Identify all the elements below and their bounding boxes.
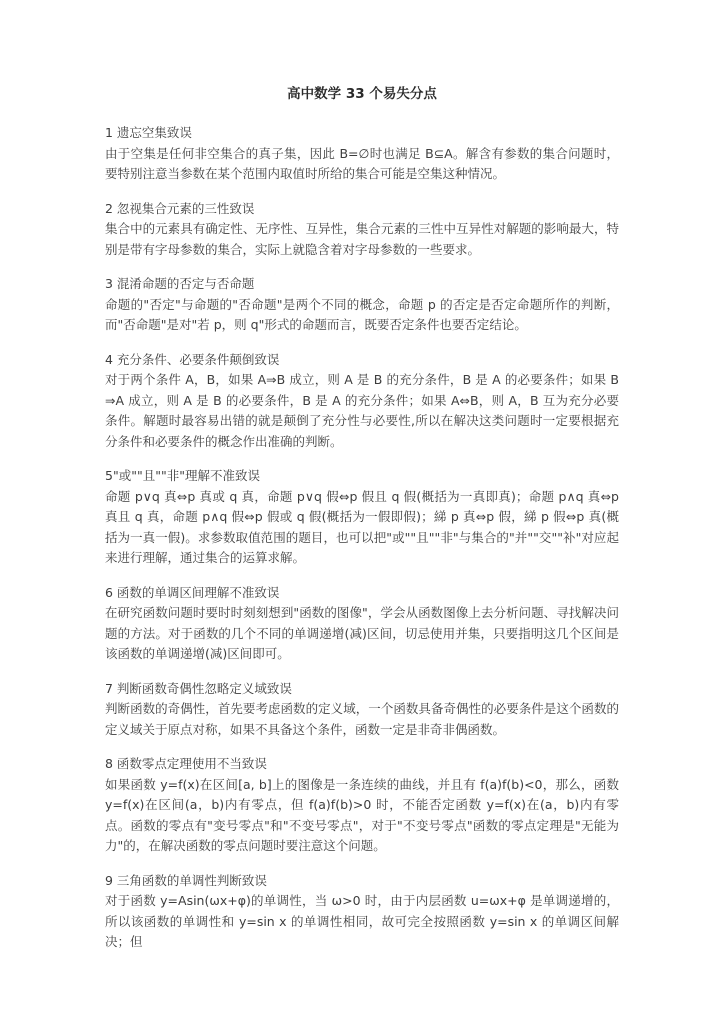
document-page: 高中数学 33 个易失分点 1 遗忘空集致误 由于空集是任何非空集合的真子集，因… bbox=[0, 0, 724, 1024]
section-heading: 7 判断函数奇偶性忽略定义域致误 bbox=[105, 679, 619, 700]
section: 7 判断函数奇偶性忽略定义域致误 判断函数的奇偶性，首先要考虑函数的定义域，一个… bbox=[105, 679, 619, 741]
section-body: 如果函数 y=f(x)在区间[a, b]上的图像是一条连续的曲线，并且有 f(a… bbox=[105, 775, 619, 857]
section-body: 对于两个条件 A，B，如果 A⇒B 成立，则 A 是 B 的充分条件，B 是 A… bbox=[105, 370, 619, 452]
section: 6 函数的单调区间理解不准致误 在研究函数问题时要时时刻刻想到"函数的图像"，学… bbox=[105, 583, 619, 665]
section-heading: 1 遗忘空集致误 bbox=[105, 123, 619, 144]
section-heading: 8 函数零点定理使用不当致误 bbox=[105, 754, 619, 775]
section-body: 命题 p∨q 真⇔p 真或 q 真，命题 p∨q 假⇔p 假且 q 假(概括为一… bbox=[105, 487, 619, 569]
section-heading: 2 忽视集合元素的三性致误 bbox=[105, 199, 619, 220]
section: 2 忽视集合元素的三性致误 集合中的元素具有确定性、无序性、互异性，集合元素的三… bbox=[105, 199, 619, 261]
section-heading: 9 三角函数的单调性判断致误 bbox=[105, 871, 619, 892]
section-heading: 5"或""且""非"理解不准致误 bbox=[105, 466, 619, 487]
section-body: 由于空集是任何非空集合的真子集，因此 B=∅时也满足 B⊆A。解含有参数的集合问… bbox=[105, 144, 619, 185]
section-heading: 3 混淆命题的否定与否命题 bbox=[105, 274, 619, 295]
section-heading: 6 函数的单调区间理解不准致误 bbox=[105, 583, 619, 604]
section-heading: 4 充分条件、必要条件颠倒致误 bbox=[105, 350, 619, 371]
section-body: 集合中的元素具有确定性、无序性、互异性，集合元素的三性中互异性对解题的影响最大，… bbox=[105, 219, 619, 260]
section-body: 在研究函数问题时要时时刻刻想到"函数的图像"，学会从函数图像上去分析问题、寻找解… bbox=[105, 603, 619, 665]
section-body: 判断函数的奇偶性，首先要考虑函数的定义域，一个函数具备奇偶性的必要条件是这个函数… bbox=[105, 699, 619, 740]
section: 5"或""且""非"理解不准致误 命题 p∨q 真⇔p 真或 q 真，命题 p∨… bbox=[105, 466, 619, 569]
section-body: 命题的"否定"与命题的"否命题"是两个不同的概念，命题 p 的否定是否定命题所作… bbox=[105, 295, 619, 336]
section: 9 三角函数的单调性判断致误 对于函数 y=Asin(ωx+φ)的单调性，当 ω… bbox=[105, 871, 619, 953]
section: 8 函数零点定理使用不当致误 如果函数 y=f(x)在区间[a, b]上的图像是… bbox=[105, 754, 619, 857]
section-body: 对于函数 y=Asin(ωx+φ)的单调性，当 ω>0 时，由于内层函数 u=ω… bbox=[105, 891, 619, 953]
section: 1 遗忘空集致误 由于空集是任何非空集合的真子集，因此 B=∅时也满足 B⊆A。… bbox=[105, 123, 619, 185]
document-title: 高中数学 33 个易失分点 bbox=[105, 84, 619, 104]
section: 4 充分条件、必要条件颠倒致误 对于两个条件 A，B，如果 A⇒B 成立，则 A… bbox=[105, 350, 619, 453]
section: 3 混淆命题的否定与否命题 命题的"否定"与命题的"否命题"是两个不同的概念，命… bbox=[105, 274, 619, 336]
